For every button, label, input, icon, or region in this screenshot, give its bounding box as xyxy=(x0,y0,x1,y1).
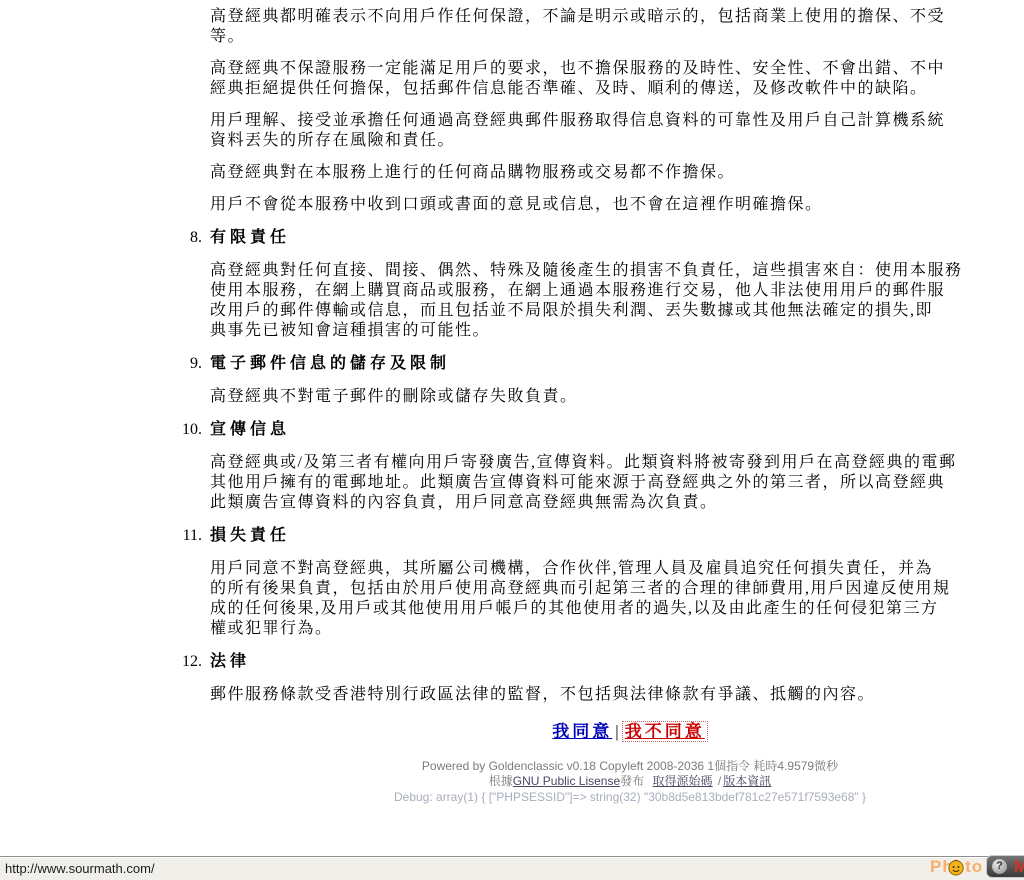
watermark-letter: M xyxy=(1014,857,1024,877)
paragraph: 郵件服務條款受香港特別行政區法律的監督，不包括與法律條款有爭議、抵觸的內容。 xyxy=(210,685,1024,705)
section-number: 8. xyxy=(176,228,202,248)
license-line: 根據GNU Public Lisense發布 取得源始碼 /版本資訊 xyxy=(0,774,1024,789)
text-line: 用戶理解、接受並承擔任何通過高登經典郵件服務取得信息資料的可靠性及用戶自己計算機… xyxy=(210,111,1024,131)
paragraph: 用戶同意不對高登經典，其所屬公司機構，合作伙伴,管理人員及雇員追究任何損失責任，… xyxy=(210,559,1024,639)
text-line: 改用戶的郵件傳輸或信息，而且包括並不局限於損失利潤、丟失數據或其他無法確定的損失… xyxy=(210,301,1024,321)
help-circle-icon[interactable]: ? xyxy=(992,859,1007,874)
text-line: 其他用戶擁有的電郵地址。此類廣告宣傳資料可能來源于高登經典之外的第三者，所以高登… xyxy=(210,473,1024,493)
paragraph: 用戶理解、接受並承擔任何通過高登經典郵件服務取得信息資料的可靠性及用戶自己計算機… xyxy=(210,111,1024,151)
text-line: 等。 xyxy=(210,27,1024,47)
section-heading-9: 9. 電子郵件信息的儲存及限制 xyxy=(176,354,1024,374)
section-heading-12: 12. 法律 xyxy=(176,652,1024,672)
text-line: 用戶同意不對高登經典，其所屬公司機構，合作伙伴,管理人員及雇員追究任何損失責任，… xyxy=(210,559,1024,579)
text-line: 此類廣告宣傳資料的內容負責，用戶同意高登經典無需為次負責。 xyxy=(210,493,1024,513)
license-suffix: 發布 xyxy=(620,774,644,788)
agree-link[interactable]: 我同意 xyxy=(552,722,612,741)
debug-output: Debug: array(1) { ["PHPSESSID"]=> string… xyxy=(0,790,1024,805)
text-line: 高登經典或/及第三者有權向用戶寄發廣告,宣傳資料。此類資料將被寄發到用戶在高登經… xyxy=(210,453,1024,473)
paragraph: 高登經典不保證服務一定能滿足用戶的要求，也不擔保服務的及時性、安全性、不會出錯、… xyxy=(210,59,1024,99)
text-line: 資料丟失的所存在風險和責任。 xyxy=(210,131,1024,151)
paragraph: 高登經典不對電子郵件的刪除或儲存失敗負責。 xyxy=(210,387,1024,407)
text-line: 高登經典不對電子郵件的刪除或儲存失敗負責。 xyxy=(210,387,1024,407)
paragraph: 用戶不會從本服務中收到口頭或書面的意見或信息，也不會在這裡作明確擔保。 xyxy=(210,195,1024,215)
section-number: 9. xyxy=(176,354,202,374)
text-line: 高登經典不保證服務一定能滿足用戶的要求，也不擔保服務的及時性、安全性、不會出錯、… xyxy=(210,59,1024,79)
browser-status-bar: http://www.sourmath.com/ xyxy=(0,856,1024,880)
slash-separator: / xyxy=(718,774,721,788)
section-title: 損失責任 xyxy=(210,526,290,546)
paragraph: 高登經典都明確表示不向用戶作任何保證，不論是明示或暗示的，包括商業上使用的擔保、… xyxy=(210,7,1024,47)
section-title: 電子郵件信息的儲存及限制 xyxy=(210,354,450,374)
paragraph: 高登經典對任何直接、間接、偶然、特殊及隨後產生的損害不負責任，這些損害來自：使用… xyxy=(210,261,1024,341)
agreement-actions: 我同意|我不同意 xyxy=(0,721,1024,743)
section-number: 12. xyxy=(176,652,202,672)
source-code-link[interactable]: 取得源始碼 xyxy=(653,774,713,788)
paragraph: 高登經典或/及第三者有權向用戶寄發廣告,宣傳資料。此類資料將被寄發到用戶在高登經… xyxy=(210,453,1024,513)
section-heading-8: 8. 有限責任 xyxy=(176,228,1024,248)
text-line: 使用本服務，在網上購買商品或服務，在網上通過本服務進行交易，他人非法使用用戶的郵… xyxy=(210,281,1024,301)
section-title: 有限責任 xyxy=(210,228,290,248)
section-number: 10. xyxy=(176,420,202,440)
text-line: 權或犯罪行為。 xyxy=(210,619,1024,639)
paragraph: 高登經典對在本服務上進行的任何商品購物服務或交易都不作擔保。 xyxy=(210,163,1024,183)
page-footer: Powered by Goldenclassic v0.18 Copyleft … xyxy=(0,759,1024,805)
section-title: 宣傳信息 xyxy=(210,420,290,440)
text-line: 用戶不會從本服務中收到口頭或書面的意見或信息，也不會在這裡作明確擔保。 xyxy=(210,195,1024,215)
status-url-text: http://www.sourmath.com/ xyxy=(5,861,155,876)
text-line: 經典拒絕提供任何擔保，包括郵件信息能否準確、及時、順利的傳送，及修改軟件中的缺陷… xyxy=(210,79,1024,99)
powered-by-text: Powered by Goldenclassic v0.18 Copyleft … xyxy=(0,759,1024,774)
text-line: 高登經典對在本服務上進行的任何商品購物服務或交易都不作擔保。 xyxy=(210,163,1024,183)
text-line: 典事先已被知會這種損害的可能性。 xyxy=(210,321,1024,341)
text-line: 高登經典對任何直接、間接、偶然、特殊及隨後產生的損害不負責任，這些損害來自：使用… xyxy=(210,261,1024,281)
license-prefix: 根據 xyxy=(489,774,513,788)
disagree-link[interactable]: 我不同意 xyxy=(622,721,708,742)
text-line: 的所有後果負責，包括由於用戶使用高登經典而引起第三者的合理的律師費用,用戶因違反… xyxy=(210,579,1024,599)
section-number: 11. xyxy=(176,526,202,546)
text-line: 成的任何後果,及用戶或其他使用用戶帳戶的其他使用者的過失,以及由此產生的任何侵犯… xyxy=(210,599,1024,619)
gnu-license-link[interactable]: GNU Public Lisense xyxy=(513,774,620,788)
smiley-icon xyxy=(947,858,965,876)
section-title: 法律 xyxy=(210,652,250,672)
capture-toolbar[interactable]: ? M xyxy=(986,855,1024,878)
text-line: 高登經典都明確表示不向用戶作任何保證，不論是明示或暗示的，包括商業上使用的擔保、… xyxy=(210,7,1024,27)
section-heading-11: 11. 損失責任 xyxy=(176,526,1024,546)
section-heading-10: 10. 宣傳信息 xyxy=(176,420,1024,440)
terms-document: 高登經典都明確表示不向用戶作任何保證，不論是明示或暗示的，包括商業上使用的擔保、… xyxy=(0,0,1024,805)
text-line: 郵件服務條款受香港特別行政區法律的監督，不包括與法律條款有爭議、抵觸的內容。 xyxy=(210,685,1024,705)
version-info-link[interactable]: 版本資訊 xyxy=(723,774,771,788)
link-separator: | xyxy=(615,722,618,741)
